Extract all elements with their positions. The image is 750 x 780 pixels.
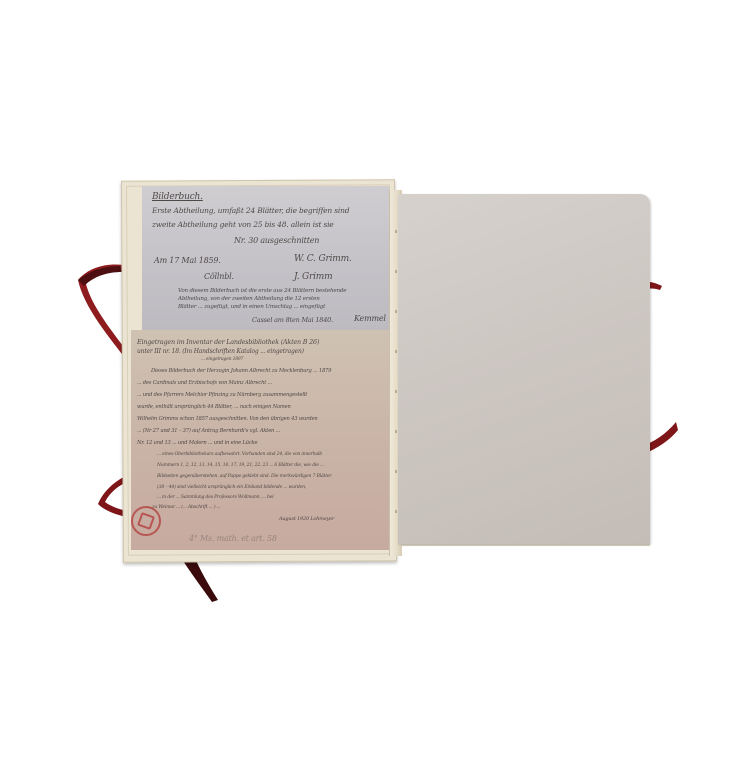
handwriting-line: Von diesem Bilderbuch ist die erste aus … (178, 288, 346, 294)
manuscript-sheet-bottom: Eingetragen im Inventar der Landesbiblio… (131, 330, 389, 550)
handwriting-line: Blätter ... zugefügt, und in einen Umsch… (178, 304, 325, 310)
handwriting-line: ... zu Weimar ... (... Abschrift ... ) .… (147, 505, 220, 510)
manuscript-sheet-top: Bilderbuch. Erste Abtheilung, umfaßt 24 … (142, 186, 389, 333)
handwriting-date: Cassel am 8ten Mai 1840. (252, 316, 333, 324)
handwriting-line: Cöllnbl. (204, 272, 234, 281)
handwriting-line: Wilhelm Grimms schon 1857 ausgeschnitten… (137, 416, 318, 422)
handwriting-line: (38 – 44) sind vielleicht ursprünglich e… (157, 485, 306, 490)
handwriting-signature: August 1920 Lohmeyer (279, 516, 334, 522)
handwriting-line: unter III nr. 18. (Im Handschriften Kata… (137, 348, 304, 355)
handwriting-line: ... eingetragen 1897 (201, 357, 243, 362)
stitch-mark (395, 470, 397, 473)
handwriting-line: Eingetragen im Inventar der Landesbiblio… (137, 338, 319, 346)
handwriting-line: ... in der ... Sammlung des Professors W… (157, 495, 274, 500)
signature-wc-grimm: W. C. Grimm. (294, 254, 352, 264)
stitch-mark (395, 510, 397, 513)
handwriting-line: Dieses Bilderbuch der Herzogin Johann Al… (151, 368, 331, 374)
handwriting-line: Bildseiten gegenüberstehen, auf Pappe ge… (157, 474, 331, 479)
stitch-mark (395, 430, 397, 433)
right-blank-page (398, 194, 650, 544)
pencil-shelfmark-note: 4° Ms. math. et art. 58 (189, 534, 277, 543)
red-library-stamp (131, 506, 161, 536)
handwriting-line: Abtheilung, von der zweiten Abtheilung d… (178, 296, 320, 302)
stitch-mark (395, 270, 397, 273)
stitch-mark (395, 310, 397, 313)
handwriting-line: ... eines Oberbibliothekars aufbewahrt. … (157, 452, 322, 457)
handwriting-line: Bilderbuch. (152, 192, 203, 202)
handwriting-line: wurde, enthält ursprünglich 44 Blätter, … (137, 404, 291, 410)
stitch-mark (395, 390, 397, 393)
handwriting-line: Nr. 30 ausgeschnitten (234, 236, 319, 245)
handwriting-line: Nummern 1, 2, 12, 13, 14, 15, 16, 17, 19… (157, 463, 324, 468)
stitch-mark (395, 230, 397, 233)
handwriting-line: Nr. 12 und 13 ... und Malern ... und in … (137, 440, 257, 446)
photo-scene: Bilderbuch. Erste Abtheilung, umfaßt 24 … (0, 0, 750, 780)
handwriting-line: Erste Abtheilung, umfaßt 24 Blätter, die… (152, 206, 349, 215)
handwriting-line: ... und des Pfarrers Melchior Pfinzing z… (137, 392, 307, 398)
handwriting-date: Am 17 Mai 1859. (154, 256, 221, 265)
signature-kemmel: Kemmel (354, 314, 386, 323)
signature-j-grimm: J. Grimm (294, 272, 332, 282)
stitch-mark (395, 350, 397, 353)
ribbon-tie-bottom (178, 556, 222, 604)
handwriting-line: ... (Nr 27 und 31 – 37) auf Antrag Bernh… (137, 428, 280, 434)
handwriting-line: ... des Cardinals und Erzbischofs von Ma… (137, 380, 272, 386)
handwriting-line: zweite Abtheilung geht von 25 bis 48. al… (152, 220, 334, 229)
